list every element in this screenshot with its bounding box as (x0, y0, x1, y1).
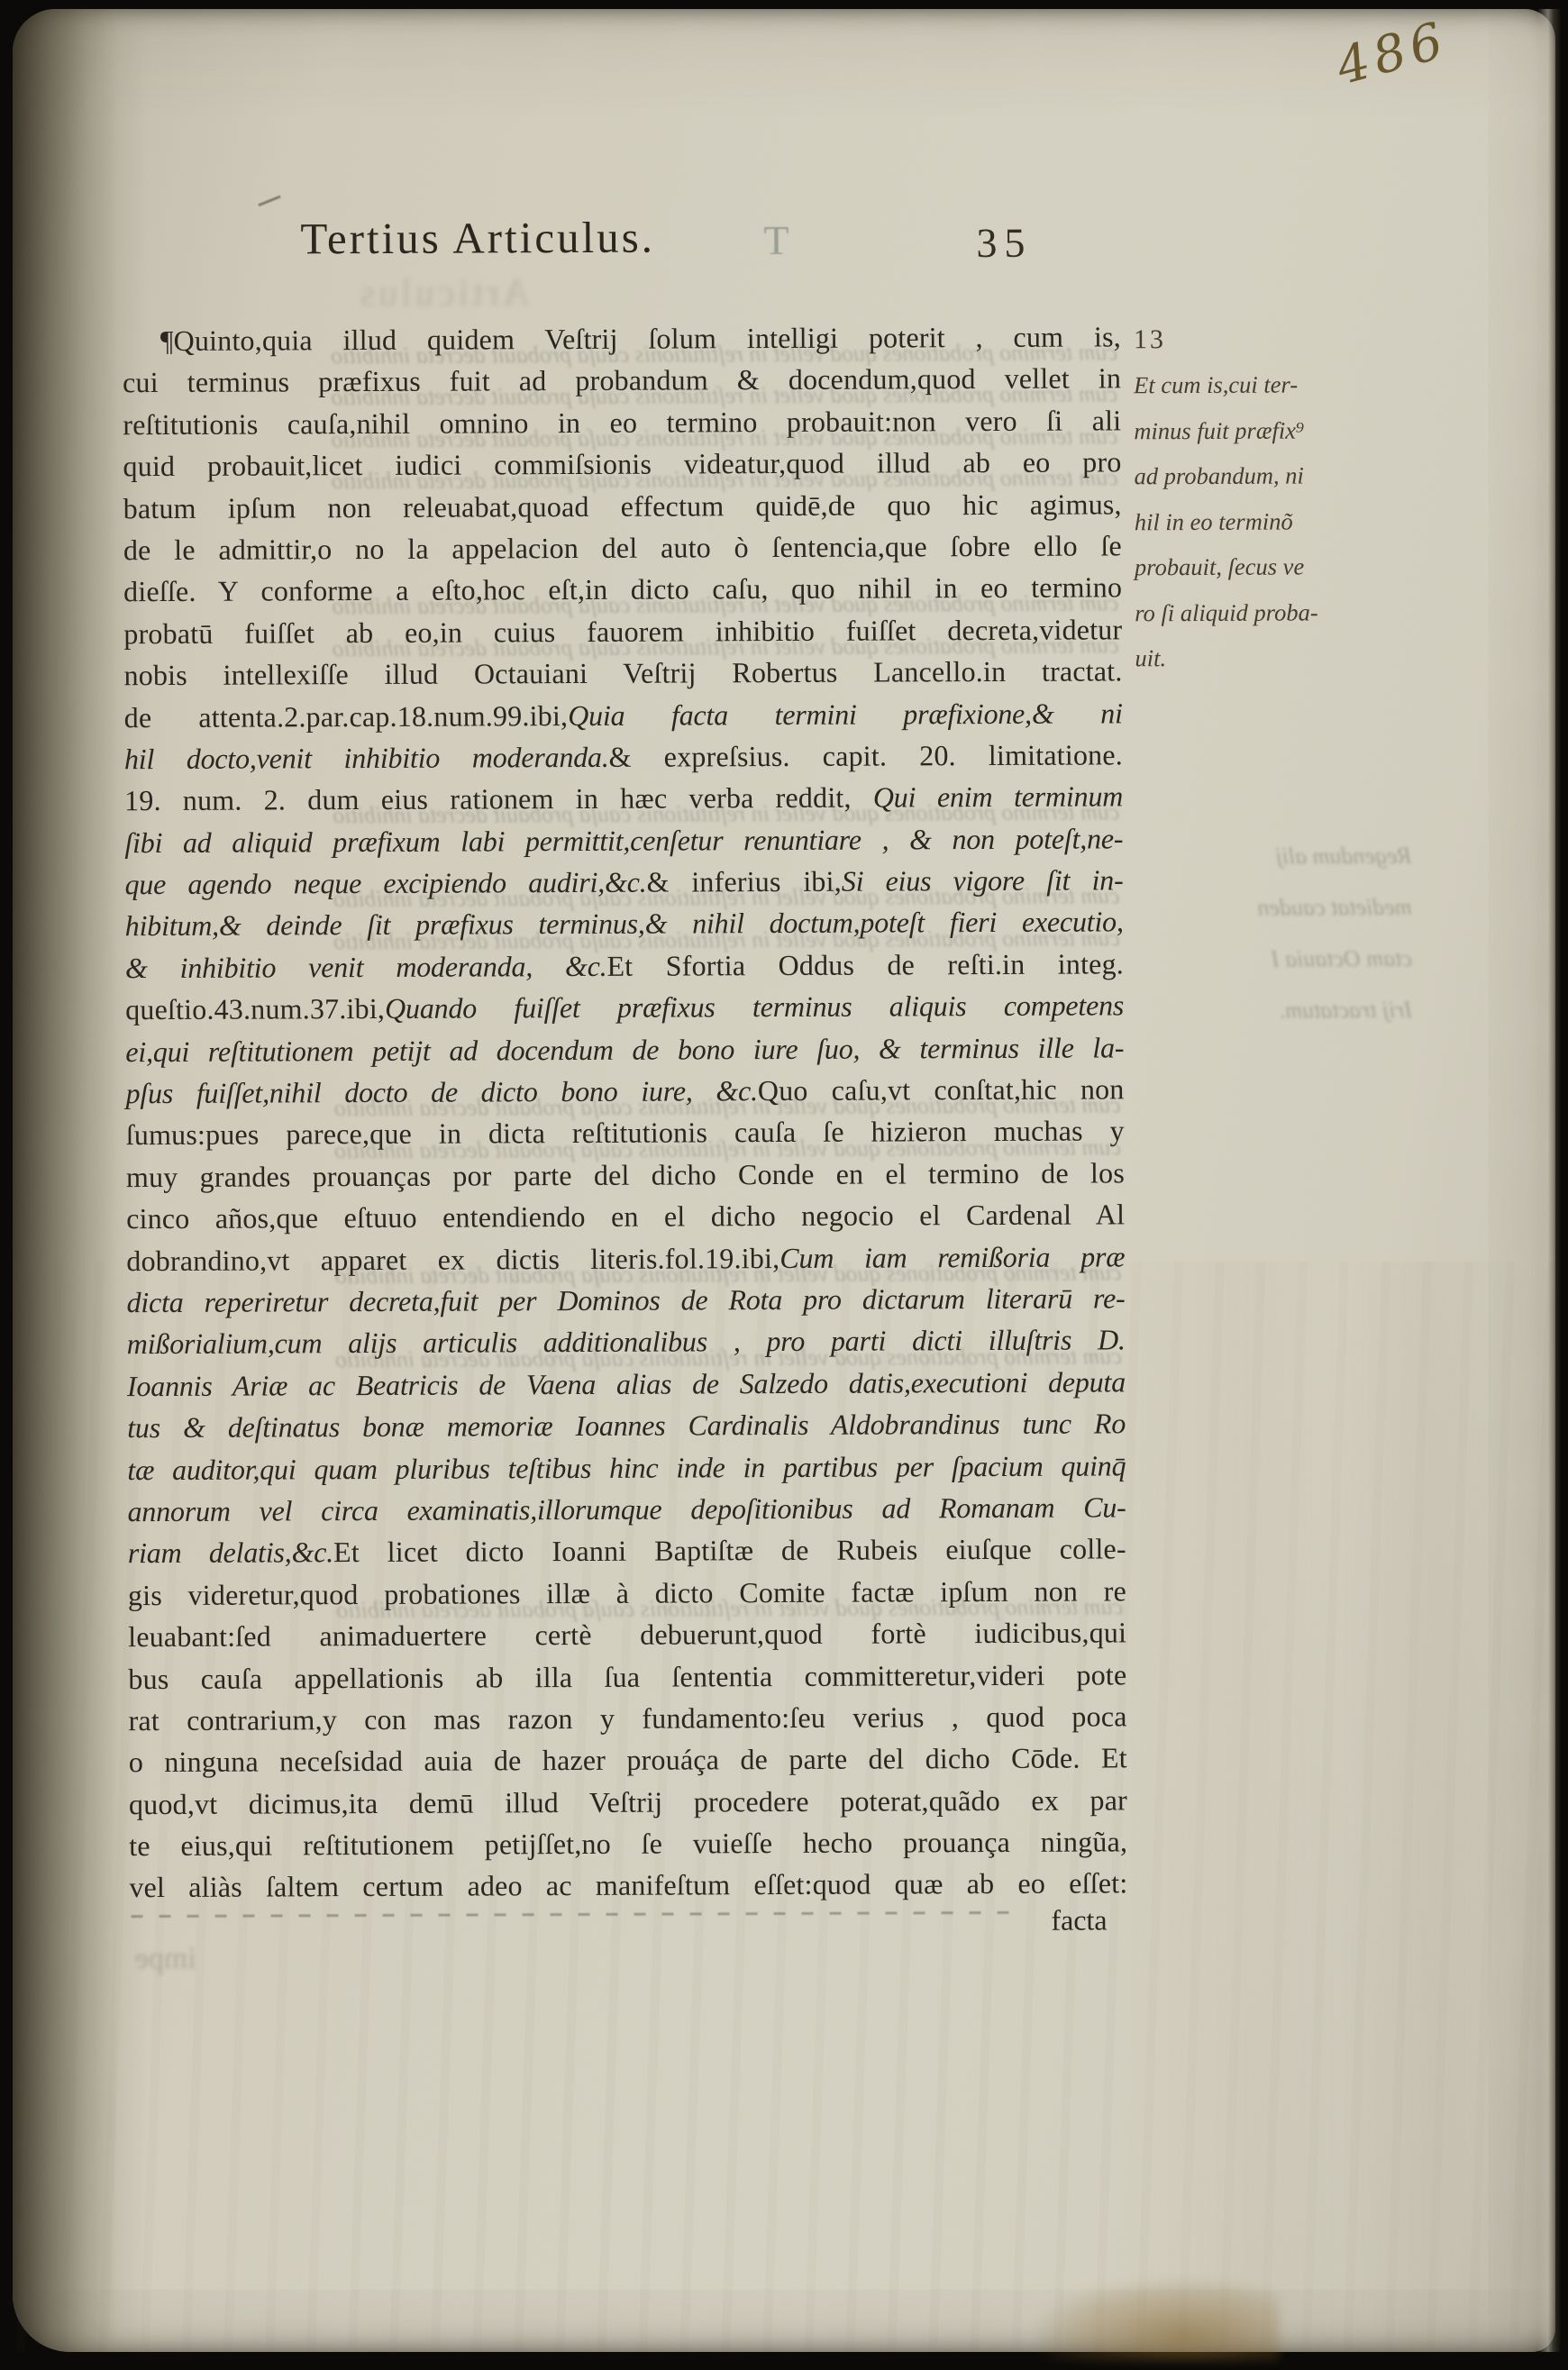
roman-segment: bus cauſa appellationis ab illa ſua ſent… (128, 1658, 1126, 1695)
roman-segment: de attenta.2.par.cap.18.num.99.ibi, (124, 699, 569, 734)
bleedthrough-margin-line: medietat cauden (1160, 894, 1412, 922)
margin-note-line: probauit, ſecus ve (1135, 543, 1405, 590)
text-line: o ninguna neceſsidad auia de hazer prouá… (129, 1737, 1127, 1783)
text-line: mißorialium,cum alijs articulis addition… (127, 1319, 1126, 1365)
bleedthrough-margin-line: Irij tractatum. (1160, 997, 1412, 1025)
roman-segment: leuabant:ſed animaduertere certè debueru… (128, 1616, 1126, 1653)
bleedthrough-margin-line: Regendum alij (1159, 843, 1411, 871)
italic-segment: ei,qui reſtitutionem petijt ad docendum … (125, 1031, 1124, 1068)
text-line: & inhibitio venit moderanda, &c.Et Sfort… (125, 943, 1124, 989)
text-line: tus & deſtinatus bonæ memoriæ Ioannes Ca… (127, 1403, 1126, 1449)
roman-segment: dobrandino,vt apparet ex dictis literis.… (126, 1242, 779, 1277)
text-line: bus cauſa appellationis ab illa ſua ſent… (128, 1654, 1126, 1700)
italic-segment: que agendo neque excipiendo audiri,&c. (124, 866, 646, 901)
text-layer: T Articulus cum termino probationes quod… (0, 0, 1568, 2370)
text-line: que agendo neque excipiendo audiri,&c.& … (124, 859, 1123, 905)
bleedthrough-corner-word: impe (135, 1942, 196, 1976)
bleedthrough-margin-block: Regendum alijmedietat caudenctam Octauia… (0, 0, 1563, 4)
bleedthrough-lines: cum termino probationes quod vellet in r… (0, 0, 1563, 4)
roman-segment: quid probauit,licet iudici commiſsionis … (123, 446, 1121, 483)
roman-segment: o ninguna neceſsidad auia de hazer prouá… (129, 1742, 1127, 1779)
margin-note-line: Et cum is,cui ter- (1134, 361, 1404, 408)
text-line: de le admittir,o no la appelacion del au… (123, 524, 1122, 570)
margin-note-line: ad probandum, ni (1134, 452, 1404, 499)
italic-segment: tæ auditor,qui quam pluribus teſtibus hi… (127, 1449, 1126, 1486)
text-line: muy grandes prouanças por parte del dich… (126, 1152, 1125, 1198)
roman-segment: ¶Quinto,quia illud quidem Veſtrij ſolum … (160, 320, 1121, 357)
margin-note-number: 13 (1134, 324, 1404, 355)
text-line: probatū fuiſſet ab eo,in cuius fauorem i… (123, 608, 1122, 654)
text-line: quod,vt dicimus,ita demū illud Veſtrij p… (129, 1779, 1127, 1825)
roman-segment: cinco años,que eſtuuo entendiendo en el … (126, 1199, 1125, 1235)
main-text: ¶Quinto,quia illud quidem Veſtrij ſolum … (123, 315, 1128, 1909)
roman-segment: queſtio.43.num.37.ibi, (125, 992, 385, 1025)
italic-segment: & inhibitio venit moderanda, &c. (125, 950, 607, 984)
text-line: reſtitutionis cauſa,nihil omnino in eo t… (123, 399, 1121, 445)
text-line: queſtio.43.num.37.ibi,Quando fuiſſet præ… (125, 985, 1124, 1031)
text-line: nobis intellexiſſe illud Octauiani Veſtr… (123, 650, 1122, 696)
roman-segment: ſumus:pues parece,que in dicta reſtituti… (126, 1115, 1125, 1152)
text-line: annorum vel circa examinatis,illorumque … (127, 1486, 1126, 1532)
roman-segment: gis videretur,quod probationes illæ à di… (128, 1574, 1126, 1611)
italic-segment: mißorialium,cum alijs articulis addition… (127, 1324, 1126, 1361)
italic-segment: hil docto,venit inhibitio moderanda. (124, 741, 609, 775)
text-line: dieſſe. Y conforme a eſto,hoc eſt,in dic… (123, 567, 1122, 613)
margin-note-line: uit. (1135, 634, 1405, 681)
text-line: pſus fuiſſet,nihil docto de dicto bono i… (125, 1068, 1124, 1114)
italic-segment: Quia facta termini præfixione,& ni (568, 697, 1123, 732)
book-page-scan: T Articulus cum termino probationes quod… (0, 0, 1568, 2370)
text-line: hibitum,& deinde ſit præfixus terminus,&… (125, 901, 1124, 947)
roman-segment: Et licet dicto Ioanni Baptiſtæ de Rubeis… (333, 1533, 1126, 1569)
roman-segment: Quo caſu,vt conſtat,hic non (758, 1072, 1125, 1107)
margin-note-line: ro ſi aliquid proba- (1135, 588, 1405, 635)
roman-segment: quod,vt dicimus,ita demū illud Veſtrij p… (129, 1783, 1127, 1820)
italic-segment: Cum iam remißoria præ (779, 1240, 1125, 1274)
text-line: hil docto,venit inhibitio moderanda.& ex… (124, 734, 1123, 779)
italic-segment: Ioannis Ariæ ac Beatricis de Vaena alias… (127, 1365, 1126, 1402)
italic-segment: dicta reperiretur decreta,fuit per Domin… (126, 1281, 1125, 1318)
margin-note-lines: Et cum is,cui ter-minus fuit præfix⁹ad p… (1134, 361, 1406, 681)
text-line: ſibi ad aliquid præfixum labi permittit,… (124, 817, 1123, 863)
bleedthrough-margin-line: ctam Octauia I (1160, 945, 1412, 973)
roman-segment: batum ipſum non releuabat,quoad effectum… (123, 488, 1122, 524)
text-line: te eius,qui reſtitutionem petijſſet,no ſ… (129, 1820, 1127, 1866)
margin-note-line: minus fuit præfix⁹ (1134, 406, 1404, 453)
roman-segment: 19. num. 2. dum eius rationem in hæc ver… (124, 781, 873, 817)
roman-segment: & expreſsius. capit. 20. limitatione. (609, 738, 1123, 772)
text-line: rat contrarium,y con mas razon y fundame… (128, 1695, 1126, 1741)
catchword: facta (129, 1903, 1107, 1941)
text-line: Ioannis Ariæ ac Beatricis de Vaena alias… (127, 1361, 1126, 1407)
handwritten-folio-number: 486 (1330, 11, 1454, 97)
roman-segment: reſtitutionis cauſa,nihil omnino in eo t… (123, 404, 1121, 441)
text-line: batum ipſum non releuabat,quoad effectum… (123, 483, 1122, 529)
text-line: quid probauit,licet iudici commiſsionis … (123, 442, 1121, 488)
italic-segment: annorum vel circa examinatis,illorumque … (127, 1490, 1126, 1527)
bleedthrough-header-smudge: Articulus (357, 271, 531, 315)
text-line: dicta reperiretur decreta,fuit per Domin… (126, 1277, 1125, 1323)
running-title: Tertius Articulus. (300, 212, 655, 265)
margin-note-line: hil in eo terminõ (1135, 497, 1405, 544)
roman-segment: de le admittir,o no la appelacion del au… (123, 529, 1122, 566)
roman-segment: cui terminus præfixus fuit ad probandum … (123, 362, 1121, 399)
text-line: tæ auditor,qui quam pluribus teſtibus hi… (127, 1445, 1126, 1490)
roman-segment: te eius,qui reſtitutionem petijſſet,no ſ… (129, 1825, 1127, 1862)
text-line: vel aliàs ſaltem certum adeo ac manifeſt… (129, 1863, 1127, 1909)
italic-segment: Qui enim terminum (873, 780, 1123, 814)
italic-segment: Si eius vigore ſit in- (842, 863, 1124, 897)
bleedthrough-letter: T (763, 216, 789, 264)
text-line: ſumus:pues parece,que in dicta reſtituti… (126, 1110, 1125, 1156)
roman-segment: nobis intellexiſſe illud Octauiani Veſtr… (123, 654, 1122, 691)
italic-segment: riam delatis,&c. (128, 1536, 333, 1570)
text-line: cinco años,que eſtuuo entendiendo en el … (126, 1194, 1125, 1240)
text-line: gis videretur,quod probationes illæ à di… (128, 1570, 1126, 1616)
text-line: riam delatis,&c.Et licet dicto Ioanni Ba… (128, 1528, 1126, 1574)
printed-page-number: 35 (976, 219, 1032, 267)
roman-segment: muy grandes prouanças por parte del dich… (126, 1156, 1125, 1193)
text-line: ¶Quinto,quia illud quidem Veſtrij ſolum … (123, 315, 1121, 361)
roman-segment: Et Sfortia Oddus de reſti.in integ. (606, 947, 1124, 982)
italic-segment: ſibi ad aliquid præfixum labi permittit,… (124, 822, 1123, 859)
italic-segment: Quando fuiſſet præfixus terminus aliquis… (385, 989, 1124, 1025)
margin-note: 13 Et cum is,cui ter-minus fuit præfix⁹a… (1134, 324, 1406, 681)
roman-segment: dieſſe. Y conforme a eſto,hoc eſt,in dic… (123, 571, 1122, 608)
text-line: leuabant:ſed animaduertere certè debueru… (128, 1611, 1126, 1657)
roman-segment: & inferius ibi, (646, 865, 841, 898)
text-line: dobrandino,vt apparet ex dictis literis.… (126, 1235, 1125, 1281)
text-line: ei,qui reſtitutionem petijt ad docendum … (125, 1026, 1124, 1072)
roman-segment: rat contrarium,y con mas razon y fundame… (129, 1700, 1127, 1736)
roman-segment: vel aliàs ſaltem certum adeo ac manifeſt… (129, 1867, 1127, 1904)
italic-segment: hibitum,& deinde ſit præfixus terminus,&… (125, 906, 1124, 943)
roman-segment: probatū fuiſſet ab eo,in cuius fauorem i… (123, 613, 1122, 650)
text-line: de attenta.2.par.cap.18.num.99.ibi,Quia … (124, 692, 1123, 738)
italic-segment: pſus fuiſſet,nihil docto de dicto bono i… (125, 1074, 757, 1109)
text-line: cui terminus præfixus fuit ad probandum … (123, 358, 1121, 404)
text-line: 19. num. 2. dum eius rationem in hæc ver… (124, 776, 1123, 822)
italic-segment: tus & deſtinatus bonæ memoriæ Ioannes Ca… (127, 1408, 1126, 1445)
